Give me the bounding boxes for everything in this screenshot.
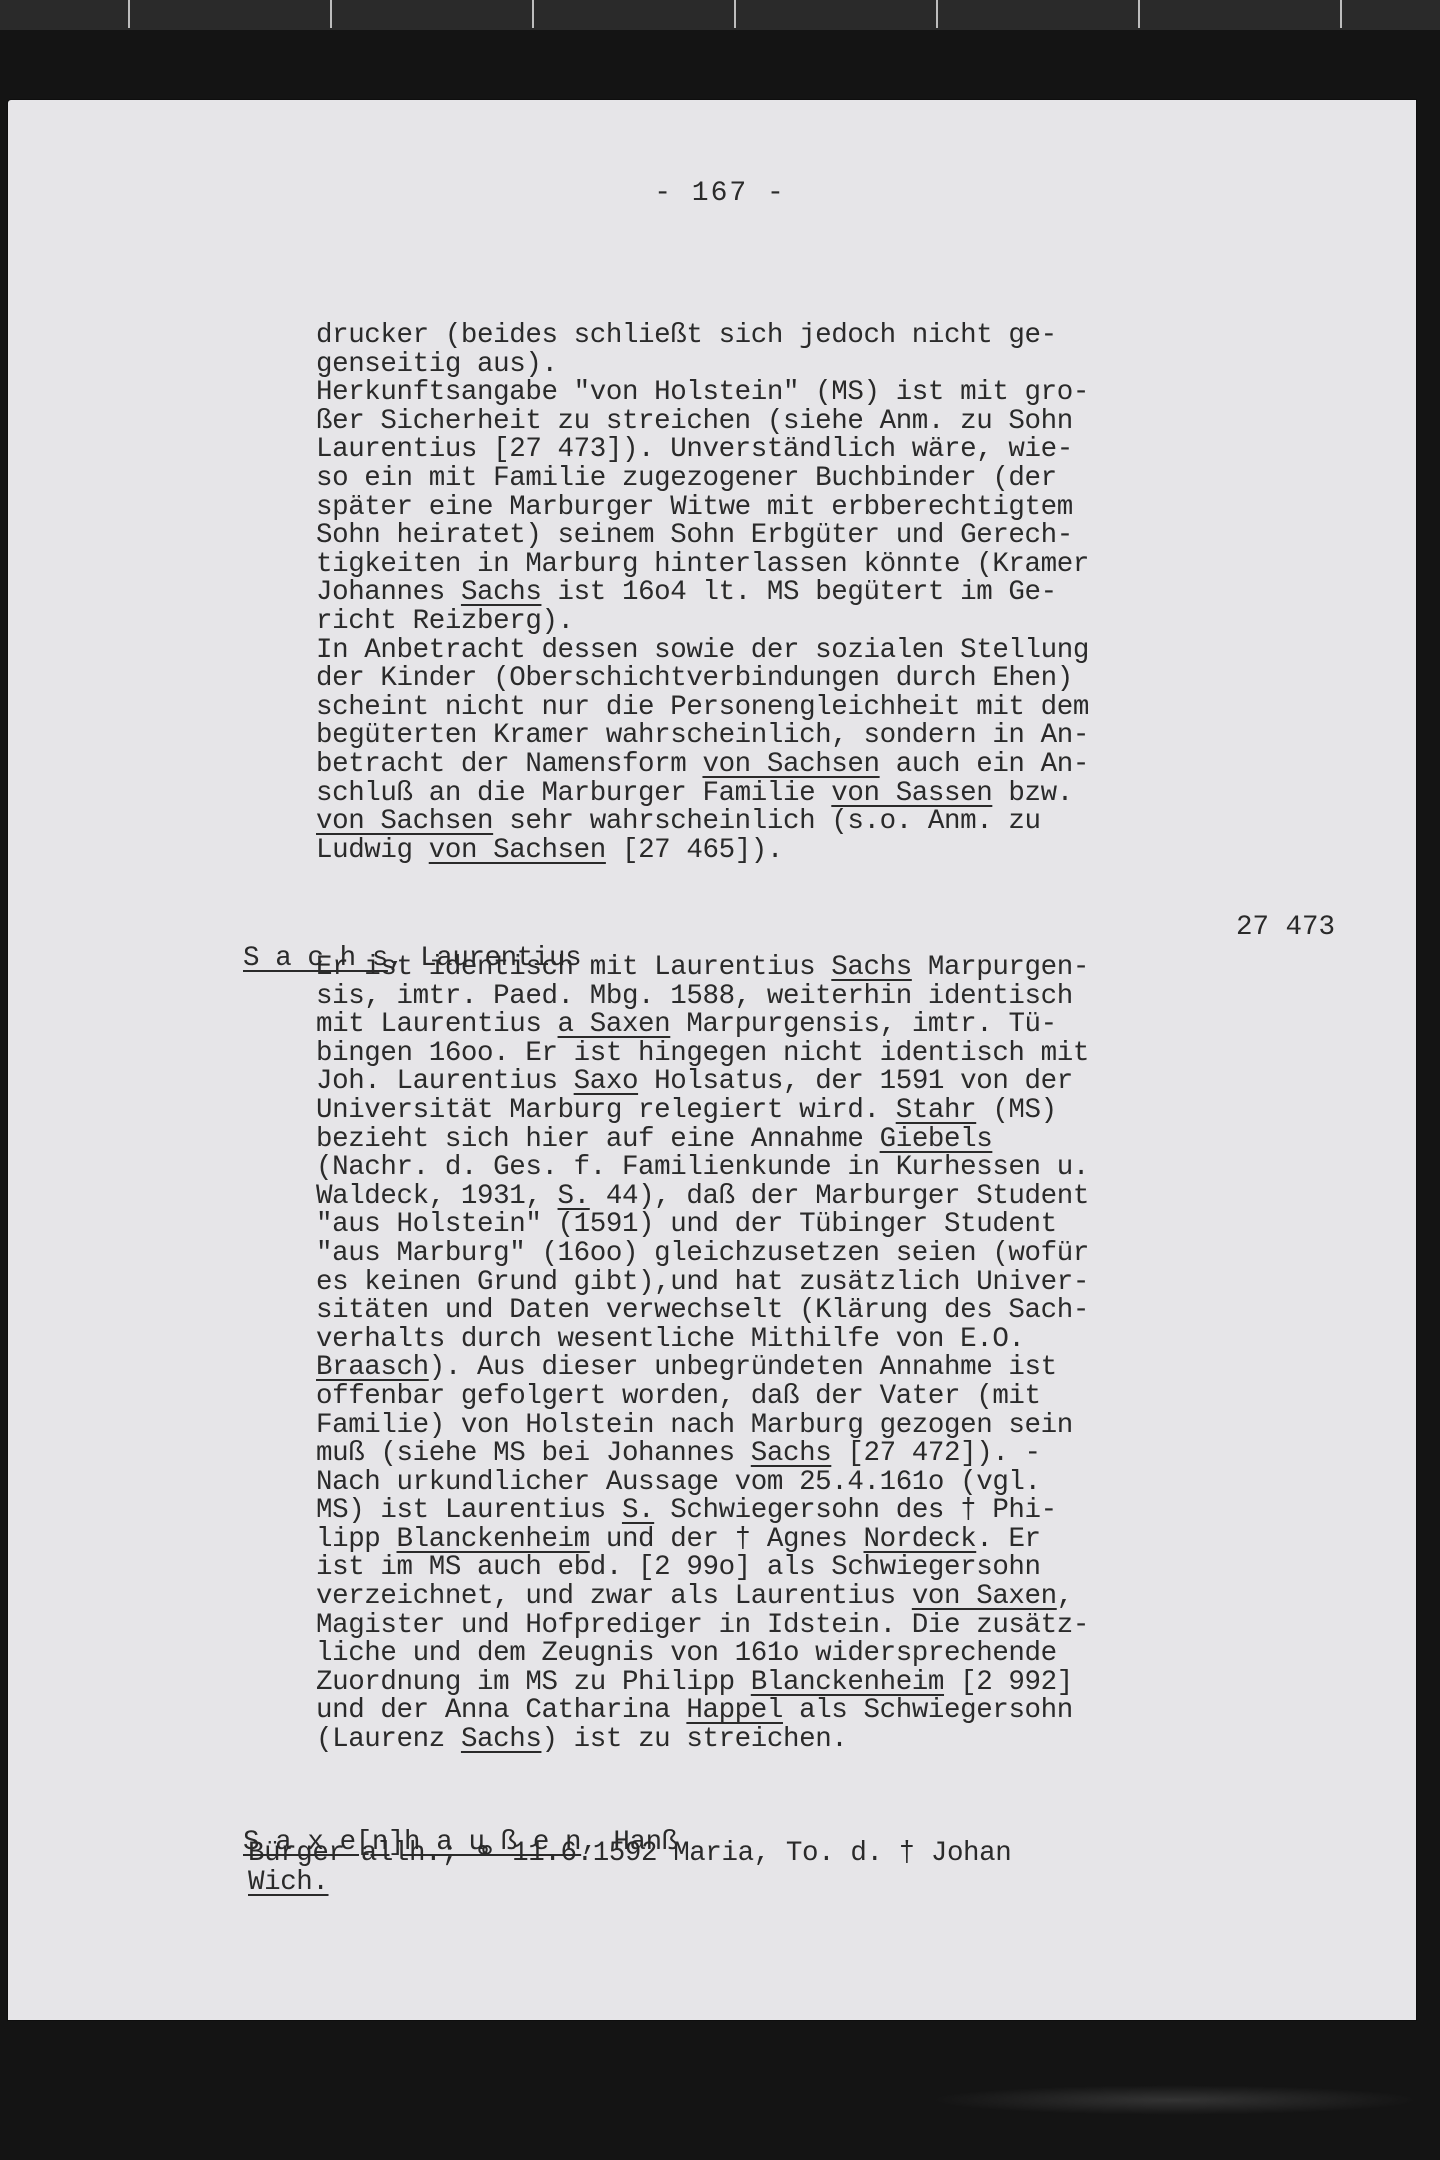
text-line: es keinen Grund gibt),und hat zusätzlich… [316,1267,1089,1298]
underlined-name: von Saxen [912,1581,1057,1612]
underlined-name: Nordeck [864,1524,977,1555]
text-line: so ein mit Familie zugezogener Buchbinde… [316,463,1057,494]
text-line: (Laurenz Sachs) ist zu streichen. [316,1724,847,1755]
text-line: Sohn heiratet) seinem Sohn Erbgüter und … [316,520,1073,551]
scan-shadow [930,2085,1420,2115]
entry-body: Er ist identisch mit Laurentius Sachs Ma… [316,954,1089,1755]
text-line: Familie) von Holstein nach Marburg gezog… [316,1410,1073,1441]
text-line: lipp Blanckenheim und der † Agnes Nordec… [316,1524,1041,1555]
text-line: muß (siehe MS bei Johannes Sachs [27 472… [316,1438,1041,1469]
text-line: ist im MS auch ebd. [2 99o] als Schwiege… [316,1552,1041,1583]
text-line: Universität Marburg relegiert wird. Stah… [316,1095,1057,1126]
text-line: der Kinder (Oberschichtverbindungen durc… [316,663,1073,694]
underlined-name: Sachs [461,577,542,608]
underlined-name: von Sachsen [429,835,606,866]
underlined-name: von Sassen [831,778,992,809]
underlined-name: von Sachsen [702,749,879,780]
underlined-name: S. [622,1495,654,1526]
underlined-name: S. [558,1181,590,1212]
film-tick [1138,0,1140,28]
text-line: drucker (beides schließt sich jedoch nic… [316,320,1057,351]
text-line: bingen 16oo. Er ist hingegen nicht ident… [316,1038,1089,1069]
text-line: ßer Sicherheit zu streichen (siehe Anm. … [316,406,1073,437]
text-line: Bürger allh.; ⚭ 11.6.1592 Maria, To. d. … [248,1838,1011,1869]
text-line: liche und dem Zeugnis von 161o widerspre… [316,1638,1057,1669]
text-line: verzeichnet, und zwar als Laurentius von… [316,1581,1073,1612]
text-line: betracht der Namensform von Sachsen auch… [316,749,1089,780]
text-line: "aus Holstein" (1591) und der Tübinger S… [316,1209,1057,1240]
text-line: sitäten und Daten verwechselt (Klärung d… [316,1295,1089,1326]
underlined-name: Blanckenheim [751,1667,944,1698]
entry-body: Bürger allh.; ⚭ 11.6.1592 Maria, To. d. … [248,1840,1011,1897]
underlined-name: Blanckenheim [397,1524,590,1555]
film-tick [128,0,130,28]
text-line: Braasch). Aus dieser unbegründeten Annah… [316,1352,1057,1383]
underlined-name: Giebels [880,1124,993,1155]
film-tick [734,0,736,28]
text-line: schluß an die Marburger Familie von Sass… [316,778,1073,809]
underlined-name: Stahr [896,1095,977,1126]
entry-id: 27 473 [1236,912,1335,943]
text-line: Joh. Laurentius Saxo Holsatus, der 1591 … [316,1066,1073,1097]
text-line: verhalts durch wesentliche Mithilfe von … [316,1324,1025,1355]
underlined-name: Sachs [461,1724,542,1755]
underlined-name: Saxo [574,1066,638,1097]
text-line: richt Reizberg). [316,606,574,637]
text-line: Wich. [248,1867,329,1898]
underlined-name: Sachs [831,952,912,983]
film-tick [936,0,938,28]
film-strip-border [0,0,1440,30]
text-line: genseitig aus). [316,349,558,380]
text-line: von Sachsen sehr wahrscheinlich (s.o. An… [316,806,1041,837]
text-line: Magister und Hofprediger in Idstein. Die… [316,1610,1089,1641]
text-line: begüterten Kramer wahrscheinlich, sonder… [316,720,1089,751]
text-line: tigkeiten in Marburg hinterlassen könnte… [316,549,1089,580]
film-tick [1340,0,1342,28]
text-line: sis, imtr. Paed. Mbg. 1588, weiterhin id… [316,981,1073,1012]
underlined-name: Sachs [751,1438,832,1469]
continuation-text: drucker (beides schließt sich jedoch nic… [316,322,1089,865]
underlined-name: Braasch [316,1352,429,1383]
underlined-name: a Saxen [558,1009,671,1040]
underlined-name: von Sachsen [316,806,493,837]
text-line: Er ist identisch mit Laurentius Sachs Ma… [316,952,1089,983]
page-number: - 167 - [0,178,1440,209]
film-tick [532,0,534,28]
text-line: mit Laurentius a Saxen Marpurgensis, imt… [316,1009,1057,1040]
text-line: offenbar gefolgert worden, daß der Vater… [316,1381,1041,1412]
text-line: bezieht sich hier auf eine Annahme Giebe… [316,1124,992,1155]
text-line: Laurentius [27 473]). Unverständlich wär… [316,434,1073,465]
text-line: (Nachr. d. Ges. f. Familienkunde in Kurh… [316,1152,1089,1183]
text-line: scheint nicht nur die Personengleichheit… [316,692,1089,723]
text-line: Zuordnung im MS zu Philipp Blanckenheim … [316,1667,1073,1698]
text-line: Ludwig von Sachsen [27 465]). [316,835,783,866]
text-line: In Anbetracht dessen sowie der sozialen … [316,635,1089,666]
underlined-name: Happel [686,1695,783,1726]
text-line: "aus Marburg" (16oo) gleichzusetzen seie… [316,1238,1089,1269]
text-line: Herkunftsangabe "von Holstein" (MS) ist … [316,377,1089,408]
text-line: Johannes Sachs ist 16o4 lt. MS begütert … [316,577,1057,608]
text-line: später eine Marburger Witwe mit erbberec… [316,492,1073,523]
film-tick [330,0,332,28]
text-line: Waldeck, 1931, S. 44), daß der Marburger… [316,1181,1089,1212]
text-line: Nach urkundlicher Aussage vom 25.4.161o … [316,1467,1041,1498]
text-line: MS) ist Laurentius S. Schwiegersohn des … [316,1495,1057,1526]
text-line: und der Anna Catharina Happel als Schwie… [316,1695,1073,1726]
